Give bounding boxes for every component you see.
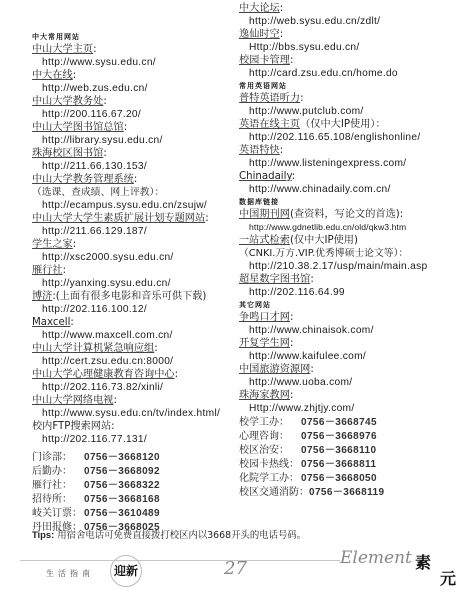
site-name-link[interactable]: 中山大学图书馆总馆 — [32, 122, 124, 133]
colon: : — [93, 44, 96, 55]
phone-number: 0756－3668120 — [84, 451, 160, 465]
link-title: 中山大学教务处: — [32, 95, 237, 108]
colon: : — [111, 421, 114, 432]
phone-label: 校学工办： — [239, 416, 301, 430]
site-name-link[interactable]: 学生之家 — [32, 239, 73, 250]
phone-list-left: 门诊部：0756－3668120后勤办：0756－3668092雁行社：0756… — [32, 451, 237, 535]
site-name-link[interactable]: 中山大学网络电视 — [32, 395, 114, 406]
phone-label: 校区交通消防： — [239, 486, 309, 500]
site-name-link[interactable]: 中山大学计算机紧急响应组 — [32, 343, 154, 354]
site-name-link[interactable]: 中山大学大学生素质扩展计划专题网站 — [32, 213, 205, 224]
colon: : — [310, 274, 313, 285]
phone-number: 0756－3668976 — [301, 430, 377, 444]
link-title: 开复学生网: — [239, 337, 464, 350]
tips-note: Tips: 用宿舍电话可免费直接拨打校区内以3668开头的电话号码。 — [32, 527, 306, 541]
element-wordmark: Element — [340, 548, 412, 568]
site-url-link[interactable]: Http://bbs.sysu.edu.cn/ — [239, 41, 464, 54]
sysu-link-list: 中山大学主页:http://www.sysu.edu.cn/中大在线:http:… — [32, 43, 237, 446]
site-name-link[interactable]: 英语特快 — [239, 145, 280, 156]
link-title: 中山大学主页: — [32, 43, 237, 56]
site-url-link[interactable]: http://www.uoba.com/ — [239, 376, 464, 389]
phone-number: 0756－3610489 — [84, 507, 160, 521]
phone-number: 0756－3668110 — [301, 444, 376, 458]
phone-row: 化院学工办：0756－3668050 — [239, 472, 464, 486]
site-url-link[interactable]: http://library.sysu.edu.cn/ — [32, 134, 237, 147]
colon: : — [300, 93, 303, 104]
site-name-link[interactable]: 博济 — [32, 291, 52, 302]
tips-text: 用宿舍电话可免费直接拨打校区内以3668开头的电话号码。 — [57, 530, 306, 541]
phone-row: 雁行社：0756－3668322 — [32, 479, 237, 493]
site-name-link: 校内FTP搜索网站 — [32, 421, 111, 432]
site-url-link[interactable]: http://www.maxcell.com.cn/ — [32, 329, 237, 342]
colon: : — [114, 395, 117, 406]
tips-label: Tips: — [32, 529, 54, 540]
phone-number: 0756－3668168 — [84, 493, 160, 507]
link-title: 校园卡管理: — [239, 54, 464, 67]
site-url-link[interactable]: http://200.116.67.20/ — [32, 108, 237, 121]
site-name-link[interactable]: 校园卡管理 — [239, 55, 290, 66]
colon: : — [73, 239, 76, 250]
other-link-list: 争鸣口才网:http://www.chinaisok.com/开复学生网:htt… — [239, 311, 464, 415]
site-name-suffix: (查资料，写论文的首选): — [290, 209, 403, 220]
left-column: 中大常用网站 中山大学主页:http://www.sysu.edu.cn/中大在… — [32, 31, 237, 535]
link-title: 英语特快: — [239, 144, 464, 157]
site-url-link[interactable]: http://202.116.100.12/ — [32, 303, 237, 316]
site-name-link[interactable]: Maxcell — [32, 317, 70, 328]
site-name-link[interactable]: 普特英语听力 — [239, 93, 300, 104]
site-url-link[interactable]: http://yanxing.sysu.edu.cn/ — [32, 277, 237, 290]
site-url-link[interactable]: http://www.sysu.edu.cn/tv/index.html/ — [32, 407, 237, 420]
phone-number: 0756－3668119 — [309, 486, 384, 500]
right-column: 中大论坛:http://web.sysu.edu.cn/zdlt/逸仙时空:Ht… — [239, 2, 464, 500]
phone-row: 校区治安：0756－3668110 — [239, 444, 464, 458]
colon: : — [63, 265, 66, 276]
site-name-link[interactable]: 超星数字图书馆 — [239, 274, 310, 285]
site-note: （CNKI.万方.VIP.优秀博硕士论文等）： — [239, 247, 464, 260]
english-link-list: 普特英语听力:http://www.putclub.com/英语在线主页（仅中大… — [239, 92, 464, 196]
link-title: 校内FTP搜索网站: — [32, 420, 237, 433]
database-link-list: 中国期刊网(查资料，写论文的首选):http://www.gdnetlib.ed… — [239, 208, 464, 299]
site-name-link[interactable]: 中国旅游资源网 — [239, 364, 310, 375]
colon: : — [290, 55, 293, 66]
site-url-link[interactable]: http://210.38.2.17/usp/main/main.asp — [239, 260, 464, 273]
site-note: （选课、查成绩、网上评教）： — [32, 186, 237, 199]
site-name-suffix: :(上面有很多电影和音乐可供下载) — [52, 291, 206, 302]
section-title-english-sites: 常用英语网站 — [239, 80, 464, 92]
site-name-suffix: (仅中大IP使用) — [290, 235, 358, 246]
phone-number: 0756－3668811 — [301, 458, 376, 472]
site-name-link[interactable]: 珠海校区图书馆 — [32, 148, 103, 159]
site-url-link[interactable]: http://www.listeningexpress.com/ — [239, 157, 464, 170]
phone-number: 0756－3668745 — [301, 416, 377, 430]
colon: : — [310, 364, 313, 375]
colon: : — [70, 317, 73, 328]
colon: : — [175, 369, 178, 380]
phone-label: 招待所： — [32, 493, 84, 507]
site-name-link[interactable]: 雁行社 — [32, 265, 63, 276]
phone-row: 后勤办：0756－3668092 — [32, 465, 237, 479]
site-url-link[interactable]: http://cert.zsu.edu.cn:8000/ — [32, 355, 237, 368]
site-url-link[interactable]: http://www.chinaisok.com/ — [239, 324, 464, 337]
colon: : — [280, 3, 283, 14]
site-url-link[interactable]: http://web.zus.edu.cn/ — [32, 82, 237, 95]
link-title: 中山大学教务管理系统: — [32, 173, 237, 186]
colon: : — [103, 96, 106, 107]
colon: : — [154, 343, 157, 354]
colon: : — [292, 171, 295, 182]
link-title: 中山大学大学生素质扩展计划专题网站: — [32, 212, 237, 225]
link-title: 逸仙时空: — [239, 28, 464, 41]
site-name-link[interactable]: 英语在线主页 — [239, 119, 300, 130]
colon: : — [124, 122, 127, 133]
phone-label: 校区治安： — [239, 444, 301, 458]
site-url-link[interactable]: http://202.116.65.108/englishonline/ — [239, 131, 464, 144]
section-title-sysu-sites: 中大常用网站 — [32, 31, 237, 43]
site-url-link[interactable]: http://www.putclub.com/ — [239, 105, 464, 118]
site-url-link[interactable]: http://www.kaifulee.com/ — [239, 350, 464, 363]
colon: : — [103, 148, 106, 159]
site-url-link[interactable]: http://ecampus.sysu.edu.cn/zsujw/ — [32, 199, 237, 212]
site-name-link[interactable]: 中山大学教务管理系统 — [32, 174, 134, 185]
site-url-link[interactable]: http://www.sysu.edu.cn/ — [32, 56, 237, 69]
site-url-link[interactable]: http://www.gdnetlib.edu.cn/old/qkw3.htm — [239, 221, 464, 234]
phone-label: 门诊部： — [32, 451, 84, 465]
link-title: Chinadaily: — [239, 170, 464, 183]
phone-row: 门诊部：0756－3668120 — [32, 451, 237, 465]
link-title: 中国期刊网(查资料，写论文的首选): — [239, 208, 464, 221]
link-title: 中大论坛: — [239, 2, 464, 15]
site-url-link[interactable]: http://202.116.64.99 — [239, 286, 464, 299]
link-title: 中国旅游资源网: — [239, 363, 464, 376]
site-url-link[interactable]: http://211.66.130.153/ — [32, 160, 237, 173]
link-title: 珠海校区图书馆: — [32, 147, 237, 160]
site-url-link[interactable]: http://xsc2000.sysu.edu.cn/ — [32, 251, 237, 264]
site-name-suffix: （仅中大IP使用）： — [300, 119, 386, 130]
site-name-link[interactable]: 中山大学主页 — [32, 44, 93, 55]
site-url-link[interactable]: http://www.chinadaily.com.cn/ — [239, 183, 464, 196]
forum-link-list: 中大论坛:http://web.sysu.edu.cn/zdlt/逸仙时空:Ht… — [239, 2, 464, 80]
colon: : — [290, 338, 293, 349]
footer-divider — [20, 560, 340, 561]
site-name-link[interactable]: 珠海家教网 — [239, 390, 290, 401]
phone-row: 岐关订票：0756－3610489 — [32, 507, 237, 521]
welcome-stamp-logo: 迎新 — [110, 555, 142, 587]
site-name-link[interactable]: 中山大学教务处 — [32, 96, 103, 107]
link-title: 中山大学网络电视: — [32, 394, 237, 407]
phone-label: 后勤办： — [32, 465, 84, 479]
link-title: 中山大学心理健康教育咨询中心: — [32, 368, 237, 381]
page-number: 27 — [224, 558, 247, 579]
site-name-link[interactable]: 中国期刊网 — [239, 209, 290, 220]
phone-row: 心理咨询：0756－3668976 — [239, 430, 464, 444]
link-title: 中山大学图书馆总馆: — [32, 121, 237, 134]
link-title: 超星数字图书馆: — [239, 273, 464, 286]
link-title: 英语在线主页（仅中大IP使用）： — [239, 118, 464, 131]
link-title: 中大在线: — [32, 69, 237, 82]
colon: : — [73, 70, 76, 81]
phone-number: 0756－3668050 — [301, 472, 377, 486]
link-title: 中山大学计算机紧急响应组: — [32, 342, 237, 355]
brand-char-2: 元 — [440, 566, 456, 589]
colon: : — [280, 29, 283, 40]
phone-label: 岐关订票： — [32, 507, 84, 521]
site-name-link[interactable]: 中大论坛 — [239, 3, 280, 14]
link-title: 博济:(上面有很多电影和音乐可供下载) — [32, 290, 237, 303]
site-name-link[interactable]: 中山大学心理健康教育咨询中心 — [32, 369, 175, 380]
site-url-link[interactable]: http://web.sysu.edu.cn/zdlt/ — [239, 15, 464, 28]
phone-row: 校园卡热线：0756－3668811 — [239, 458, 464, 472]
section-title-database-links: 数据库链接 — [239, 196, 464, 208]
phone-number: 0756－3668322 — [84, 479, 160, 493]
link-title: 珠海家教网: — [239, 389, 464, 402]
phone-label: 心理咨询： — [239, 430, 301, 444]
link-title: 一站式检索(仅中大IP使用) — [239, 234, 464, 247]
link-title: Maxcell: — [32, 316, 237, 329]
site-name-link[interactable]: 争鸣口才网 — [239, 312, 290, 323]
site-url-link[interactable]: Http://www.zhjtjy.com/ — [239, 402, 464, 415]
phone-row: 招待所：0756－3668168 — [32, 493, 237, 507]
phone-row: 校区交通消防：0756－3668119 — [239, 486, 464, 500]
phone-row: 校学工办：0756－3668745 — [239, 416, 464, 430]
site-url-link[interactable]: http://card.zsu.edu.cn/home.do — [239, 67, 464, 80]
phone-number: 0756－3668092 — [84, 465, 160, 479]
link-title: 争鸣口才网: — [239, 311, 464, 324]
site-name-link[interactable]: 开复学生网 — [239, 338, 290, 349]
link-title: 雁行社: — [32, 264, 237, 277]
footer-section-label: 生活指南 — [46, 568, 94, 579]
colon: : — [134, 174, 137, 185]
colon: : — [290, 312, 293, 323]
phone-label: 化院学工办： — [239, 472, 301, 486]
colon: : — [280, 145, 283, 156]
link-title: 学生之家: — [32, 238, 237, 251]
link-title: 普特英语听力: — [239, 92, 464, 105]
section-title-other-sites: 其它网站 — [239, 299, 464, 311]
phone-list-right: 校学工办：0756－3668745心理咨询：0756－3668976校区治安：0… — [239, 416, 464, 500]
site-url-link[interactable]: http://202.116.73.82/xinli/ — [32, 381, 237, 394]
site-name-link[interactable]: 一站式检索 — [239, 235, 290, 246]
brand-char-1: 素 — [415, 550, 431, 573]
colon: : — [290, 390, 293, 401]
site-url-link[interactable]: http://202.116.77.131/ — [32, 433, 237, 446]
site-url-link[interactable]: http://211.66.129.187/ — [32, 225, 237, 238]
site-name-link[interactable]: Chinadaily — [239, 171, 292, 182]
site-name-link[interactable]: 中大在线 — [32, 70, 73, 81]
phone-label: 雁行社： — [32, 479, 84, 493]
phone-label: 校园卡热线： — [239, 458, 301, 472]
colon: : — [205, 213, 208, 224]
site-name-link[interactable]: 逸仙时空 — [239, 29, 280, 40]
